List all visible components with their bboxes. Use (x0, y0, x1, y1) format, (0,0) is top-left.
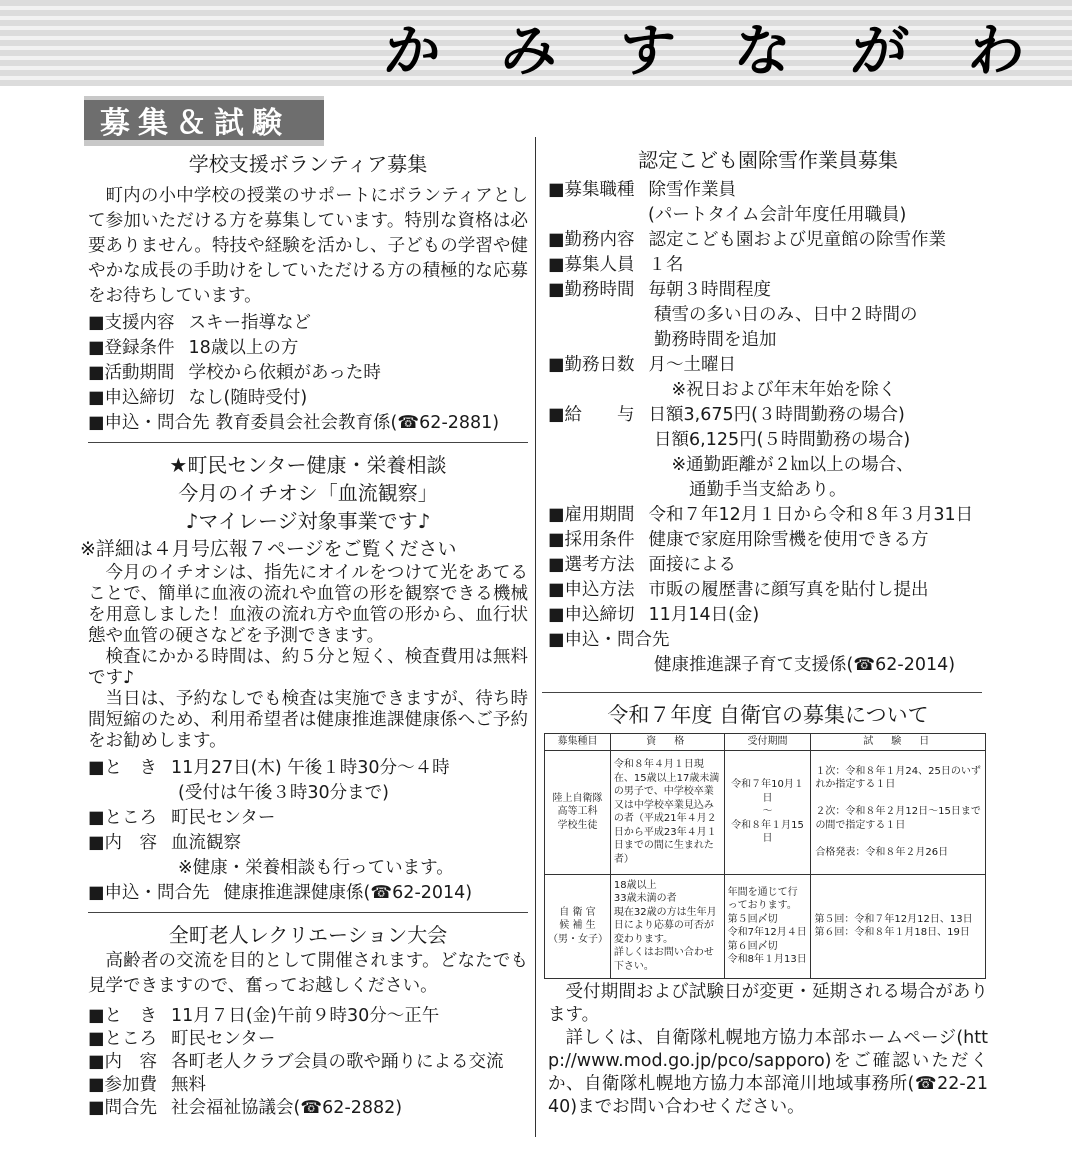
info-row: ■と き11月27日(木) 午後１時30分～４時 (88, 756, 528, 781)
article-body: 詳しくは、自衛隊札幌地方協力本部ホームページ(http://www.mod.go… (548, 1027, 988, 1119)
info-subline: (パートタイム会計年度任用職員) (548, 203, 988, 228)
article-body: 検査にかかる時間は、約５分と短く、検査費用は無料です♪ (88, 647, 528, 689)
column-header: 募集種目 (545, 734, 611, 751)
article-title: 認定こども園除雪作業員募集 (548, 146, 988, 174)
reference-note: ※詳細は４月号広報７ページをご覧ください (80, 535, 528, 563)
info-row: ■申込方法市販の履歴書に顔写真を貼付し提出 (548, 578, 988, 603)
recruitment-table: 募集種目 資 格 受付期間 試 験 日 陸上自衛隊 高等工科 学校生徒 令和８年… (544, 733, 986, 979)
masthead-char: な (731, 7, 795, 87)
contact-row: ■申込・問合先教育委員会社会教育係(☎62-2881) (88, 411, 528, 436)
article-title: ★町民センター健康・栄養相談 (88, 451, 528, 479)
info-row: ■参加費無料 (88, 1074, 528, 1097)
masthead-title: か み す な が わ (385, 14, 1025, 80)
info-row: ■雇用期間令和７年12月１日から令和８年３月31日 (548, 503, 988, 528)
info-row: ■と き11月７日(金)午前９時30分～正午 (88, 1005, 528, 1028)
info-row: ■活動期間学校から依頼があった時 (88, 361, 528, 386)
info-row: ■選考方法面接による (548, 553, 988, 578)
table-row: 自 衛 官 候 補 生 （男・女子） 18歳以上 33歳未満の者 現在32歳の方… (545, 874, 986, 978)
masthead-char: み (498, 7, 562, 87)
table-header-row: 募集種目 資 格 受付期間 試 験 日 (545, 734, 986, 751)
info-row: ■勤務内容認定こども園および児童館の除雪作業 (548, 228, 988, 253)
article-divider (88, 442, 528, 443)
info-row: ■申込締切11月14日(金) (548, 603, 988, 628)
info-row: ■ところ町民センター (88, 806, 528, 831)
contact-row: ■問合先社会福祉協議会(☎62-2882) (88, 1097, 528, 1120)
masthead-char: す (614, 7, 678, 87)
contact-row: ■申込・問合先 (548, 628, 988, 653)
info-subline: (受付は午後３時30分まで) (88, 781, 528, 806)
article-sdf-recruitment: 令和７年度 自衛官の募集について 募集種目 資 格 受付期間 試 験 日 陸上自… (548, 701, 988, 1119)
info-row: ■支援内容スキー指導など (88, 311, 528, 336)
info-row: ■募集職種除雪作業員 (548, 178, 988, 203)
exam-cell: １次：令和８年１月24、25日のいずれか指定する１日 ２次：令和８年２月12日～… (811, 750, 986, 874)
info-row: ■勤務日数月～土曜日 (548, 353, 988, 378)
article-title: 令和７年度 自衛官の募集について (548, 701, 988, 729)
info-row: ■申込締切なし(随時受付) (88, 386, 528, 411)
info-row: ■ところ町民センター (88, 1028, 528, 1051)
column-header: 受付期間 (724, 734, 811, 751)
info-row: ■給 与日額3,675円(３時間勤務の場合) (548, 403, 988, 428)
column-header: 資 格 (610, 734, 724, 751)
info-subline: 通勤手当支給あり。 (548, 478, 988, 503)
info-row: ■内 容各町老人クラブ会員の歌や踊りによる交流 (88, 1051, 528, 1074)
info-row: ■採用条件健康で家庭用除雪機を使用できる方 (548, 528, 988, 553)
column-divider (535, 137, 536, 1137)
article-divider (542, 692, 982, 693)
masthead-char: か (381, 7, 445, 87)
article-divider (88, 912, 528, 913)
article-body: 受付期間および試験日が変更・延期される場合があります。 (548, 981, 988, 1027)
article-title: 全町老人レクリエーション大会 (88, 921, 528, 949)
table-row: 陸上自衛隊 高等工科 学校生徒 令和８年４月１日現在、15歳以上17歳未満の男子… (545, 750, 986, 874)
article-body: 町内の小中学校の授業のサポートにボランティアとして参加いただける方を募集していま… (88, 184, 528, 309)
masthead-char: が (848, 7, 912, 87)
info-row: ■登録条件18歳以上の方 (88, 336, 528, 361)
article-subtitle: ♪マイレージ対象事業です♪ (88, 507, 528, 535)
article-recreation: 全町老人レクリエーション大会 高齢者の交流を目的として開催されます。どなたでも見… (88, 921, 528, 1120)
info-row: ■内 容血流観察 (88, 831, 528, 856)
right-column: 認定こども園除雪作業員募集 ■募集職種除雪作業員 (パートタイム会計年度任用職員… (548, 146, 988, 1119)
info-subline: 日額6,125円(５時間勤務の場合) (548, 428, 988, 453)
article-body: 当日は、予約なしでも検査は実施できますが、待ち時間短縮のため、利用希望者は健康推… (88, 689, 528, 752)
qualification-cell: 令和８年４月１日現在、15歳以上17歳未満の男子で、中学校卒業又は中学校卒業見込… (610, 750, 724, 874)
info-row: ■募集人員１名 (548, 253, 988, 278)
section-heading: 募集＆試験 (84, 96, 324, 146)
exam-cell: 第５回：令和７年12月12日、13日 第６回：令和８年１月18日、19日 (811, 874, 986, 978)
info-subline: ※祝日および年末年始を除く (548, 378, 988, 403)
article-body: 今月のイチオシは、指先にオイルをつけて光をあてることで、簡単に血液の流れや血管の… (88, 563, 528, 647)
info-subline: 健康推進課子育て支援係(☎62-2014) (548, 653, 988, 678)
article-health-consult: ★町民センター健康・栄養相談 今月のイチオシ「血流観察」 ♪マイレージ対象事業で… (88, 451, 528, 906)
left-column: 学校支援ボランティア募集 町内の小中学校の授業のサポートにボランティアとして参加… (88, 150, 528, 1120)
period-cell: 年間を通じて行っております。 第５回〆切 令和7年12月４日 第６回〆切 令和8… (724, 874, 811, 978)
category-cell: 陸上自衛隊 高等工科 学校生徒 (545, 750, 611, 874)
info-row: ■勤務時間毎朝３時間程度 (548, 278, 988, 303)
info-subline: 積雪の多い日のみ、日中２時間の (548, 303, 988, 328)
info-subline: ※健康・栄養相談も行っています。 (88, 856, 528, 881)
category-cell: 自 衛 官 候 補 生 （男・女子） (545, 874, 611, 978)
qualification-cell: 18歳以上 33歳未満の者 現在32歳の方は生年月日により応募の可否が変わります… (610, 874, 724, 978)
masthead-char: わ (965, 7, 1029, 87)
info-subline: ※通勤距離が２㎞以上の場合、 (548, 453, 988, 478)
masthead-banner: か み す な が わ (0, 0, 1072, 86)
info-subline: 勤務時間を追加 (548, 328, 988, 353)
contact-row: ■申込・問合先健康推進課健康係(☎62-2014) (88, 881, 528, 906)
article-body: 高齢者の交流を目的として開催されます。どなたでも見学できますので、奮ってお越しく… (88, 949, 528, 999)
column-header: 試 験 日 (811, 734, 986, 751)
article-snow-removal: 認定こども園除雪作業員募集 ■募集職種除雪作業員 (パートタイム会計年度任用職員… (548, 146, 988, 678)
article-title: 学校支援ボランティア募集 (88, 150, 528, 178)
period-cell: 令和７年10月１日 ～ 令和８年１月15日 (724, 750, 811, 874)
article-subtitle: 今月のイチオシ「血流観察」 (88, 479, 528, 507)
article-school-volunteer: 学校支援ボランティア募集 町内の小中学校の授業のサポートにボランティアとして参加… (88, 150, 528, 436)
